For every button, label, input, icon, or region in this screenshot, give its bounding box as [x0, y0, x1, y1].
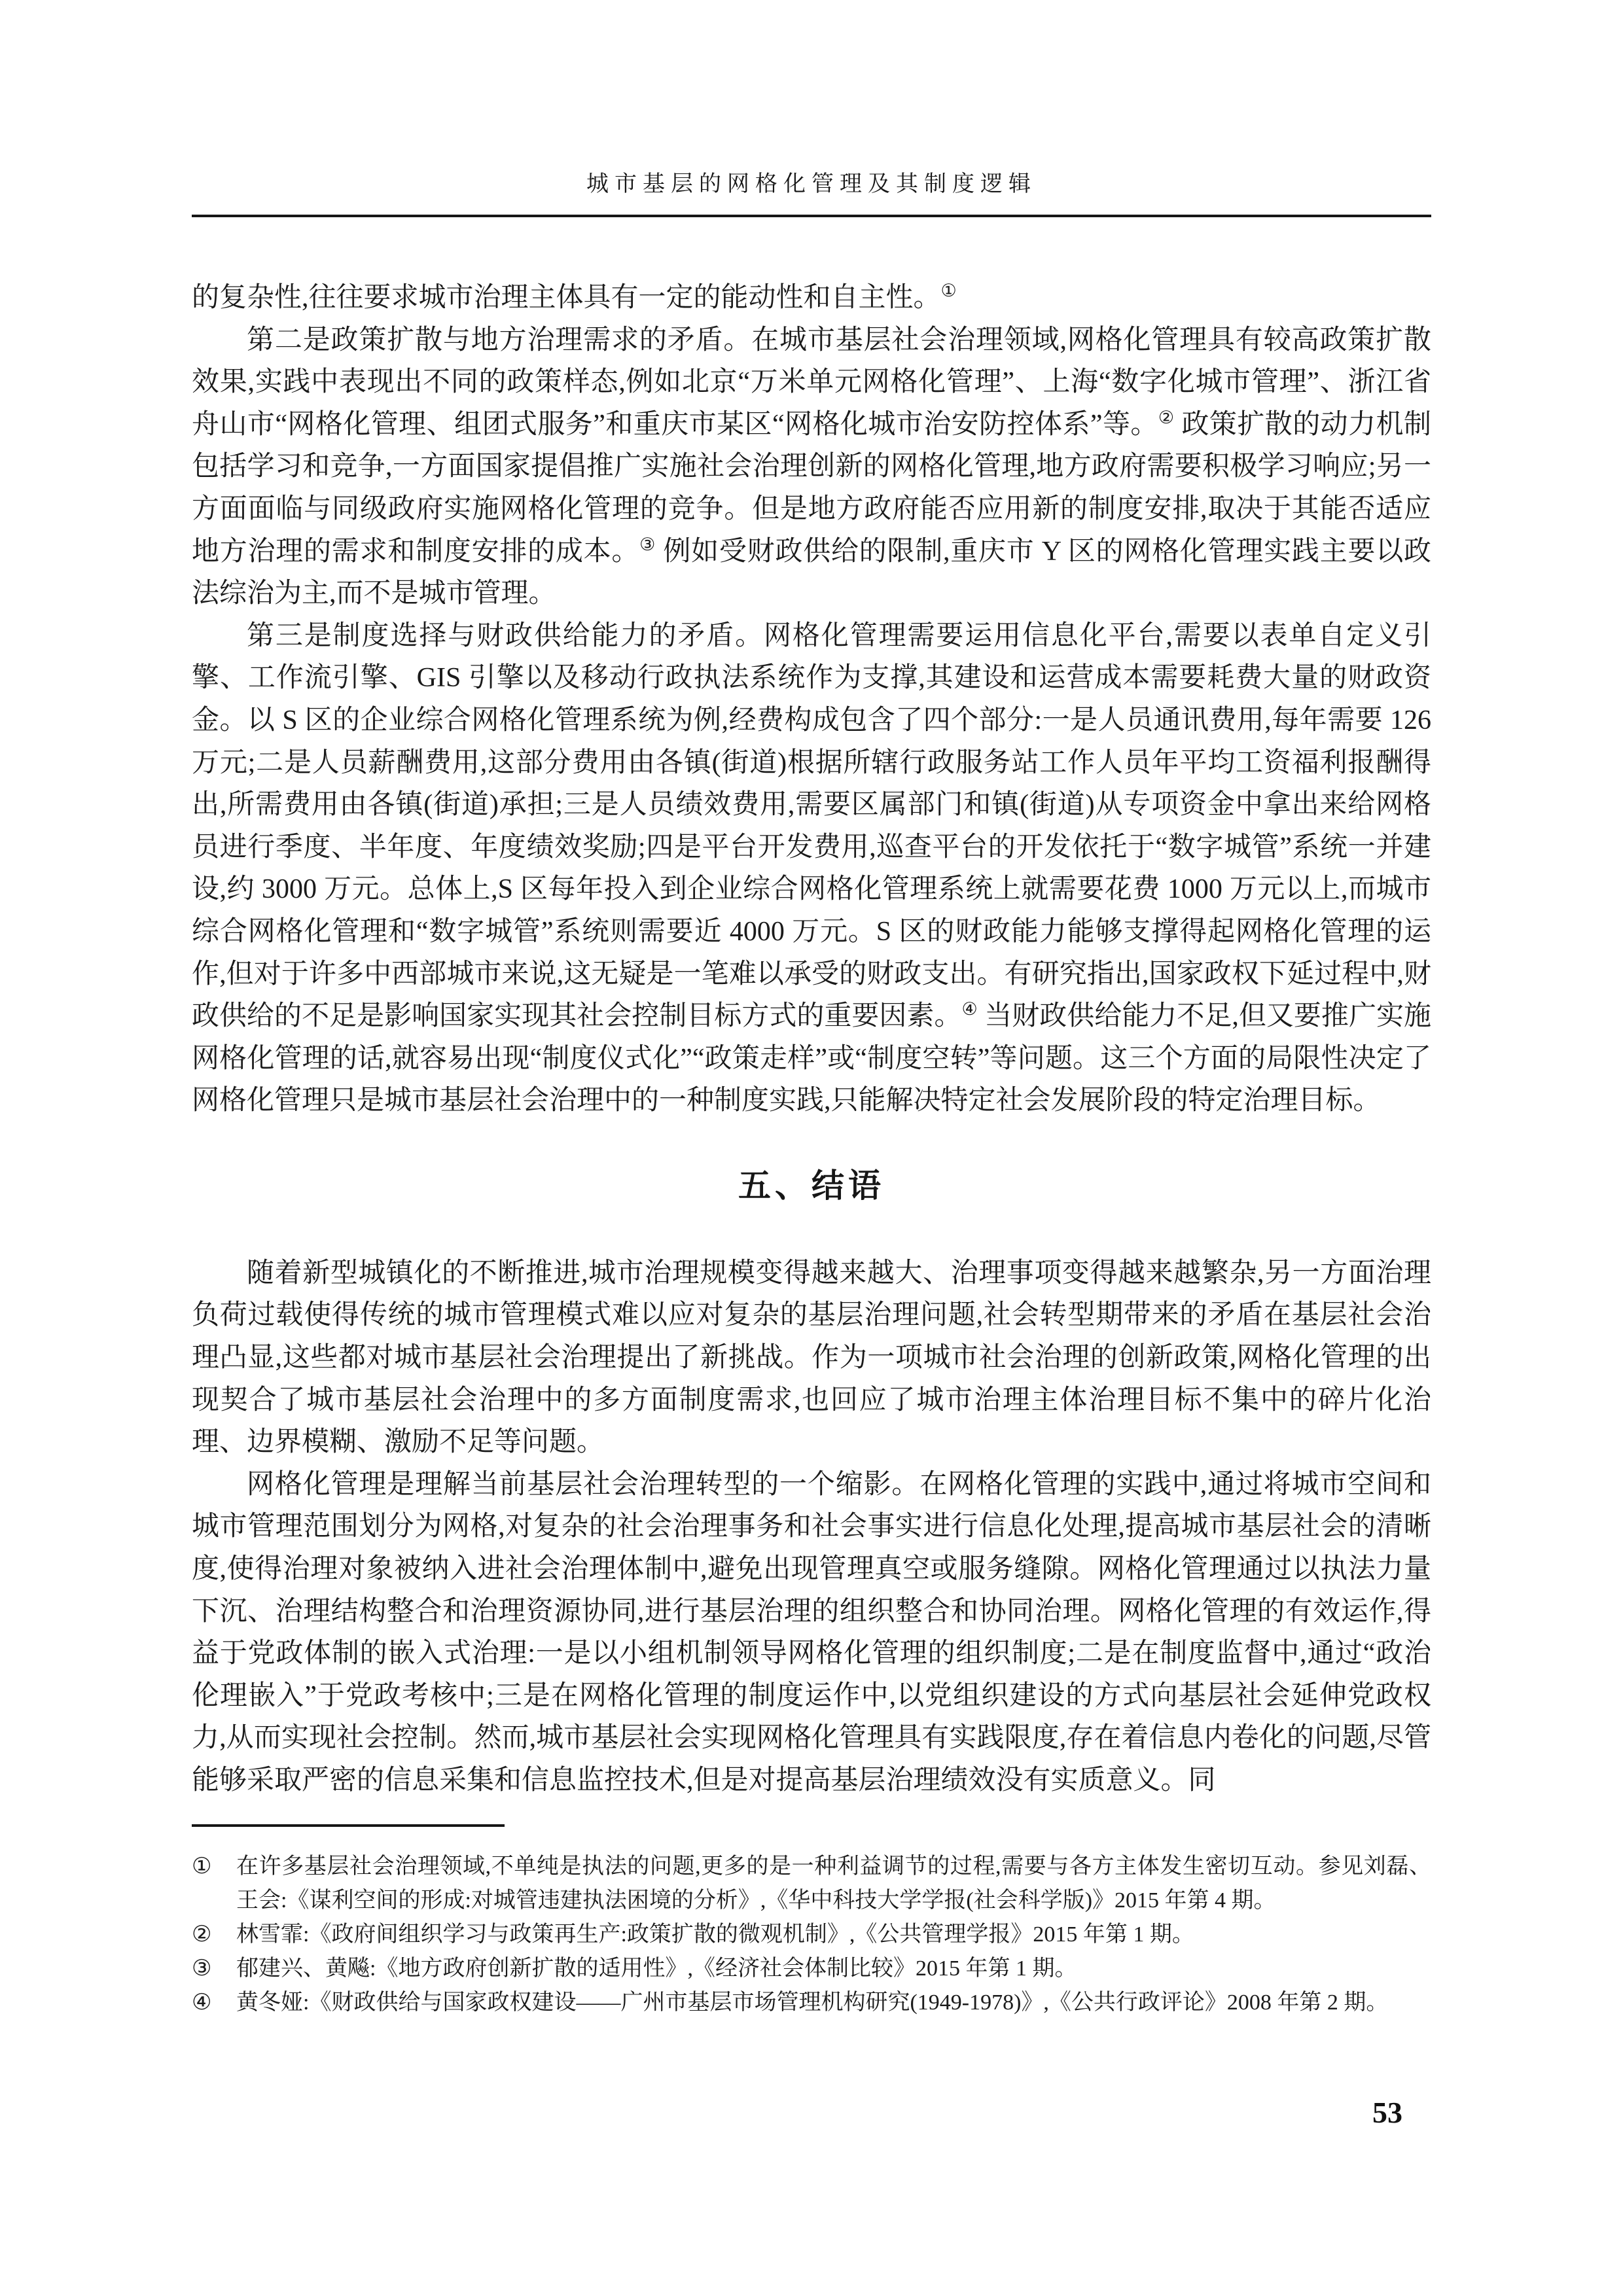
footnote-item: ② 林雪霏:《政府间组织学习与政策再生产:政策扩散的微观机制》,《公共管理学报》… — [192, 1918, 1431, 1952]
section-heading: 五、结语 — [192, 1157, 1431, 1214]
section-paragraph: 网格化管理是理解当前基层社会治理转型的一个缩影。在网格化管理的实践中,通过将城市… — [192, 1464, 1431, 1802]
footnote-text-2: 林雪霏:《政府间组织学习与政策再生产:政策扩散的微观机制》,《公共管理学报》20… — [236, 1918, 1431, 1952]
footnote-text-3: 郁建兴、黄飚:《地方政府创新扩散的适用性》,《经济社会体制比较》2015 年第 … — [236, 1952, 1431, 1986]
article-body: 的复杂性,往往要求城市治理主体具有一定的能动性和自主性。① 第二是政策扩散与地方… — [192, 277, 1431, 2020]
footnote-ref-4: ④ — [961, 999, 977, 1019]
paragraph-text: 随着新型城镇化的不断推进,城市治理规模变得越来越大、治理事项变得越来越繁杂,另一… — [192, 1258, 1431, 1457]
document-page: 城市基层的网格化管理及其制度逻辑 的复杂性,往往要求城市治理主体具有一定的能动性… — [0, 0, 1623, 2296]
footnotes-block: ① 在许多基层社会治理领域,不单纯是执法的问题,更多的是一种利益调节的过程,需要… — [192, 1850, 1431, 2020]
footnote-item: ③ 郁建兴、黄飚:《地方政府创新扩散的适用性》,《经济社会体制比较》2015 年… — [192, 1952, 1431, 1986]
running-title: 城市基层的网格化管理及其制度逻辑 — [192, 170, 1431, 199]
body-paragraph: 第二是政策扩散与地方治理需求的矛盾。在城市基层社会治理领域,网格化管理具有较高政… — [192, 319, 1431, 615]
footnote-marker-2: ② — [192, 1918, 236, 1952]
footnote-item: ① 在许多基层社会治理领域,不单纯是执法的问题,更多的是一种利益调节的过程,需要… — [192, 1850, 1431, 1918]
body-paragraph: 的复杂性,往往要求城市治理主体具有一定的能动性和自主性。① — [192, 277, 1431, 319]
page-number: 53 — [1372, 2095, 1402, 2130]
footnote-text-1: 在许多基层社会治理领域,不单纯是执法的问题,更多的是一种利益调节的过程,需要与各… — [236, 1850, 1431, 1918]
header-rule — [192, 215, 1431, 217]
paragraph-text: 第三是制度选择与财政供给能力的矛盾。网格化管理需要运用信息化平台,需要以表单自定… — [192, 621, 1431, 1031]
footnote-ref-3: ③ — [639, 535, 656, 554]
footnote-ref-2: ② — [1158, 408, 1175, 427]
footnote-ref-1: ① — [941, 281, 957, 300]
footnote-separator — [192, 1824, 505, 1827]
paragraph-text: 的复杂性,往往要求城市治理主体具有一定的能动性和自主性。 — [192, 283, 941, 313]
footnote-marker-1: ① — [192, 1850, 236, 1884]
footnote-marker-4: ④ — [192, 1986, 236, 2020]
footnote-item: ④ 黄冬娅:《财政供给与国家政权建设——广州市基层市场管理机构研究(1949-1… — [192, 1986, 1431, 2020]
section-paragraph: 随着新型城镇化的不断推进,城市治理规模变得越来越大、治理事项变得越来越繁杂,另一… — [192, 1252, 1431, 1464]
paragraph-text: 网格化管理是理解当前基层社会治理转型的一个缩影。在网格化管理的实践中,通过将城市… — [192, 1470, 1431, 1795]
footnote-marker-3: ③ — [192, 1952, 236, 1986]
body-paragraph: 第三是制度选择与财政供给能力的矛盾。网格化管理需要运用信息化平台,需要以表单自定… — [192, 615, 1431, 1122]
footnote-text-4: 黄冬娅:《财政供给与国家政权建设——广州市基层市场管理机构研究(1949-197… — [236, 1986, 1431, 2020]
